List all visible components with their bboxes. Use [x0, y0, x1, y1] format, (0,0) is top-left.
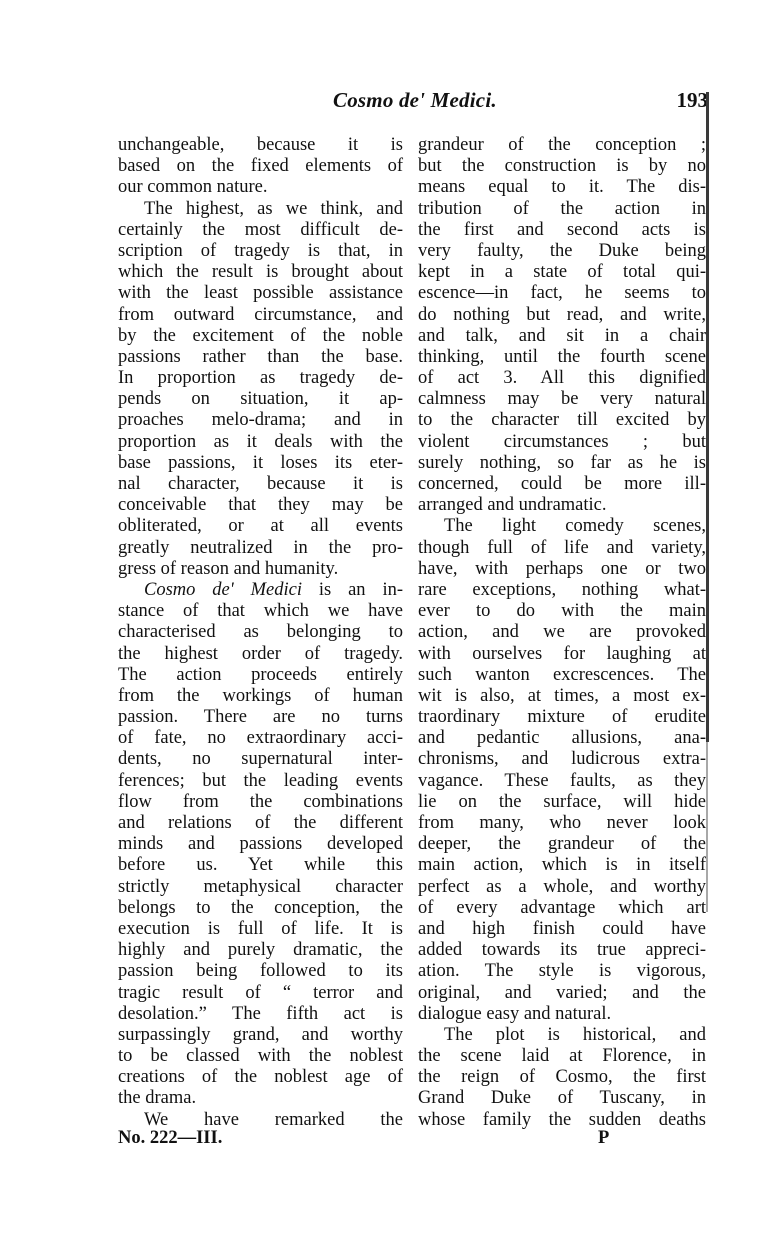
text-line: kept in a state of total qui- — [418, 262, 706, 283]
running-header: Cosmo de' Medici. 193 — [118, 88, 708, 114]
text-line: grandeur of the conception ; — [418, 135, 706, 156]
text-line: means equal to it. The dis- — [418, 177, 706, 198]
text-line: of every advantage which art — [418, 898, 706, 919]
text-line: highly and purely dramatic, the — [118, 940, 403, 961]
text-line: based on the fixed elements of — [118, 156, 403, 177]
text-line: lie on the surface, will hide — [418, 792, 706, 813]
text-line: and relations of the different — [118, 813, 403, 834]
text-line: arranged and undramatic. — [418, 495, 706, 516]
text-line: though full of life and variety, — [418, 538, 706, 559]
text-line: Cosmo de' Medici is an in- — [118, 580, 403, 601]
page-edge-rule-faint — [706, 742, 708, 912]
text-line: from outward circumstance, and — [118, 305, 403, 326]
text-line: wit is also, at times, a most ex- — [418, 686, 706, 707]
text-line: with ourselves for laughing at — [418, 644, 706, 665]
text-line: traordinary mixture of erudite — [418, 707, 706, 728]
text-line: characterised as belonging to — [118, 622, 403, 643]
text-line: of act 3. All this dignified — [418, 368, 706, 389]
text-line: calmness may be very natural — [418, 389, 706, 410]
text-line: stance of that which we have — [118, 601, 403, 622]
text-line: ation. The style is vigorous, — [418, 961, 706, 982]
text-line: by the excitement of the noble — [118, 326, 403, 347]
text-line: and talk, and sit in a chair — [418, 326, 706, 347]
text-line: pends on situation, it ap- — [118, 389, 403, 410]
text-line: belongs to the conception, the — [118, 898, 403, 919]
text-line: The action proceeds entirely — [118, 665, 403, 686]
text-line: thinking, until the fourth scene — [418, 347, 706, 368]
text-line: to the character till excited by — [418, 410, 706, 431]
text-line: dialogue easy and natural. — [418, 1004, 706, 1025]
text-line: the highest order of tragedy. — [118, 644, 403, 665]
text-line: whose family the sudden deaths — [418, 1110, 706, 1131]
text-line: violent circumstances ; but — [418, 432, 706, 453]
text-line: do nothing but read, and write, — [418, 305, 706, 326]
text-line: nal character, because it is — [118, 474, 403, 495]
text-line: desolation.” The fifth act is — [118, 1004, 403, 1025]
text-line: The light comedy scenes, — [418, 516, 706, 537]
text-line: scription of tragedy is that, in — [118, 241, 403, 262]
text-line: surpassingly grand, and worthy — [118, 1025, 403, 1046]
page-edge-rule — [706, 92, 709, 742]
text-line: action, and we are provoked — [418, 622, 706, 643]
text-line: gress of reason and humanity. — [118, 559, 403, 580]
text-line: very faulty, the Duke being — [418, 241, 706, 262]
text-line: the first and second acts is — [418, 220, 706, 241]
text-line: unchangeable, because it is — [118, 135, 403, 156]
text-line: concerned, could be more ill- — [418, 474, 706, 495]
right-column: grandeur of the conception ;but the cons… — [418, 135, 706, 1131]
text-line: have, with perhaps one or two — [418, 559, 706, 580]
text-line: strictly metaphysical character — [118, 877, 403, 898]
text-line: ferences; but the leading events — [118, 771, 403, 792]
text-line: certainly the most difficult de- — [118, 220, 403, 241]
text-line: and pedantic allusions, ana- — [418, 728, 706, 749]
text-line: base passions, it loses its eter- — [118, 453, 403, 474]
text-line: perfect as a whole, and worthy — [418, 877, 706, 898]
text-line: In proportion as tragedy de- — [118, 368, 403, 389]
left-column: unchangeable, because it isbased on the … — [118, 135, 403, 1131]
text-line: the reign of Cosmo, the first — [418, 1067, 706, 1088]
running-title: Cosmo de' Medici. — [333, 88, 497, 113]
text-line: added towards its true appreci- — [418, 940, 706, 961]
text-line: execution is full of life. It is — [118, 919, 403, 940]
text-line: proportion as it deals with the — [118, 432, 403, 453]
text-line: passions rather than the base. — [118, 347, 403, 368]
text-line: the scene laid at Florence, in — [418, 1046, 706, 1067]
text-line: passion. There are no turns — [118, 707, 403, 728]
page-number: 193 — [677, 88, 709, 113]
text-line: which the result is brought about — [118, 262, 403, 283]
text-line: deeper, the grandeur of the — [418, 834, 706, 855]
issue-signature: No. 222—III. — [118, 1128, 222, 1149]
text-line: main action, which is in itself — [418, 855, 706, 876]
text-line: but the construction is by no — [418, 156, 706, 177]
text-line: greatly neutralized in the pro- — [118, 538, 403, 559]
gathering-signature-letter: P — [598, 1128, 609, 1149]
text-line: creations of the noblest age of — [118, 1067, 403, 1088]
text-line: dents, no supernatural inter- — [118, 749, 403, 770]
text-line: conceivable that they may be — [118, 495, 403, 516]
text-line: tragic result of “ terror and — [118, 983, 403, 1004]
text-line: of fate, no extraordinary acci- — [118, 728, 403, 749]
text-line: obliterated, or at all events — [118, 516, 403, 537]
text-line: and high finish could have — [418, 919, 706, 940]
text-line: from many, who never look — [418, 813, 706, 834]
text-line: chronisms, and ludicrous extra- — [418, 749, 706, 770]
text-line: surely nothing, so far as he is — [418, 453, 706, 474]
text-line: passion being followed to its — [118, 961, 403, 982]
text-line: proaches melo-drama; and in — [118, 410, 403, 431]
text-line: flow from the combinations — [118, 792, 403, 813]
text-line: tribution of the action in — [418, 199, 706, 220]
text-line: The highest, as we think, and — [118, 199, 403, 220]
italic-title: Cosmo de' Medici — [144, 580, 302, 600]
text-line: rare exceptions, nothing what- — [418, 580, 706, 601]
text-line: from the workings of human — [118, 686, 403, 707]
text-run: is an in- — [302, 580, 403, 600]
text-line: Grand Duke of Tuscany, in — [418, 1088, 706, 1109]
text-line: before us. Yet while this — [118, 855, 403, 876]
text-line: to be classed with the noblest — [118, 1046, 403, 1067]
text-line: the drama. — [118, 1088, 403, 1109]
text-line: ever to do with the main — [418, 601, 706, 622]
text-line: such wanton excrescences. The — [418, 665, 706, 686]
text-line: with the least possible assistance — [118, 283, 403, 304]
text-line: our common nature. — [118, 177, 403, 198]
text-line: minds and passions developed — [118, 834, 403, 855]
text-line: vagance. These faults, as they — [418, 771, 706, 792]
text-line: The plot is historical, and — [418, 1025, 706, 1046]
text-line: escence—in fact, he seems to — [418, 283, 706, 304]
text-line: original, and varied; and the — [418, 983, 706, 1004]
